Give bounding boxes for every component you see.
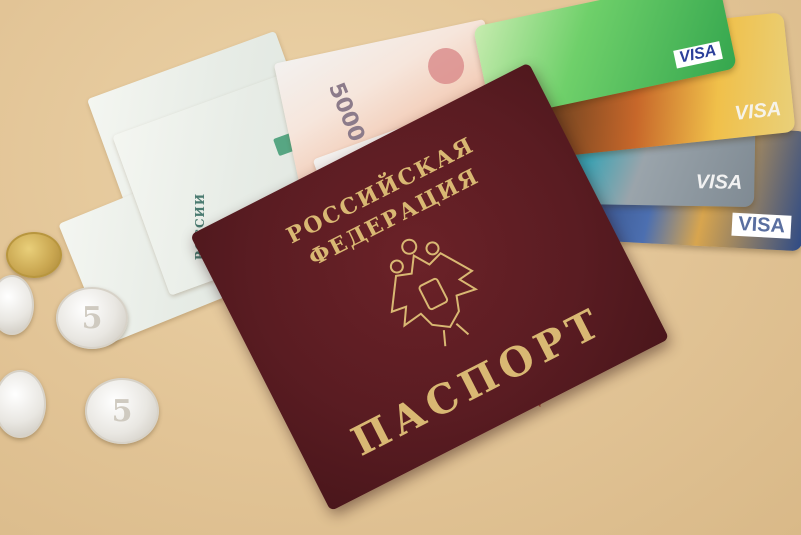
coin-5-rubles: 5 [56,287,128,349]
visa-logo: VISA [673,41,723,68]
coin-silver [0,275,34,335]
coin-5-rubles: 5 [85,378,159,444]
coin-silver [0,370,46,438]
banknote-denomination: 5000 [323,79,369,145]
banknote-seal [425,45,468,88]
coin-gold [6,232,62,278]
visa-logo: VISA [734,98,783,126]
visa-logo: VISA [732,213,792,239]
visa-logo: VISA [695,171,742,195]
